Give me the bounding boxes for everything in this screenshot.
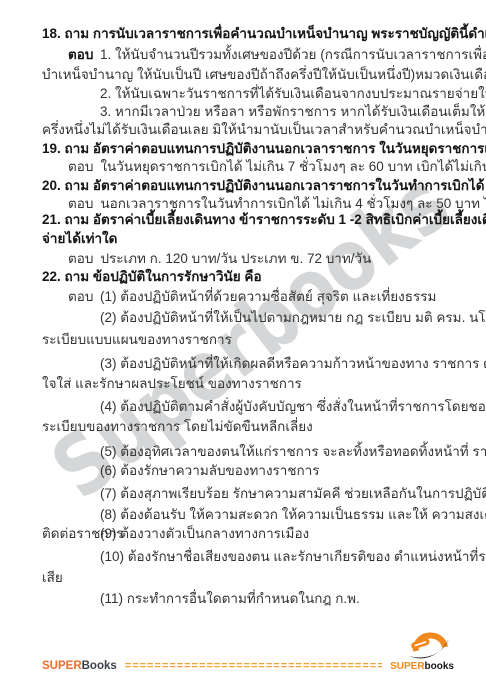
answer-line: (3) ต้องปฏิบัติหน้าที่ให้เกิดผลดีหรือควา… (100, 354, 486, 373)
answer-label: ตอบ (68, 159, 93, 174)
answer-line: (11) กระทำการอื่นใดตามที่กำหนดในกฎ ก.พ. (100, 589, 360, 608)
answer-line: ระเบียบแบบแผนของทางราชการ (42, 330, 232, 349)
hanging-word: ติดต่อราชการ (42, 524, 100, 543)
answer-line: (6) ต้องรักษาความลับของทางราชการ (100, 461, 320, 480)
footer-brand-bar: SUPERBooks =============================… (42, 660, 454, 672)
document-page: Superbooks 18. ถาม การนับเวลาราชการเพื่อ… (0, 0, 486, 692)
answer-line: ครึ่งหนึ่งไม่ได้รับเงินเดือนเลย มิให้นำม… (42, 120, 486, 139)
answer-line: ตอบ1. ให้นับจำนวนปีรวมทั้งเศษของปีด้วย (… (68, 45, 486, 64)
answer-label: ตอบ (68, 196, 93, 211)
answer-line: ใจใส่ และรักษาผลประโยชน์ ของทางราชการ (42, 374, 302, 393)
footer-divider: ========================================… (125, 660, 382, 672)
footer-brand-left: SUPERBooks (42, 660, 117, 672)
superbooks-swoosh-icon (406, 626, 452, 662)
answer-line: (7) ต้องสุภาพเรียบร้อย รักษาความสามัคคี … (100, 484, 486, 503)
question-line: 18. ถาม การนับเวลาราชการเพื่อคำนวณบำเหน็… (42, 24, 486, 43)
answer-line: 2. ให้นับเฉพาะวันราชการที่ได้รับเงินเดือ… (100, 84, 486, 103)
answer-line: ติดต่อราชการ(9) ต้องวางตัวเป็นกลางทางการ… (42, 524, 309, 543)
answer-line: (8) ต้องต้อนรับ ให้ความสะดวก ให้ความเป็น… (100, 505, 486, 524)
question-line: 22. ถาม ข้อปฏิบัติในการรักษาวินัย คือ (42, 267, 262, 286)
question-line: 19. ถาม อัตราค่าตอบแทนการปฏิบัติงานนอกเว… (42, 139, 486, 158)
answer-line: ตอบ(1) ต้องปฏิบัติหน้าที่ด้วยความซื่อสัต… (68, 287, 436, 306)
question-line: จ่ายได้เท่าใด (42, 229, 117, 248)
answer-line: เสีย (42, 568, 63, 587)
answer-label: ตอบ (68, 287, 100, 306)
answer-line: ระเบียบของทางราชการ โดยไม่ขัดขืนหลีกเลี่… (42, 417, 313, 436)
answer-line: (10) ต้องรักษาชื่อเสียงของตน และรักษาเกี… (100, 547, 486, 566)
answer-label: ตอบ (68, 45, 100, 64)
answer-line: ตอบในวันหยุดราชการเบิกได้ ไม่เกิน 7 ชั่ว… (68, 157, 486, 176)
answer-label: ตอบ (68, 251, 93, 266)
answer-line: บำเหน็จบำนาญ ให้นับเป็นปี เศษของปีถ้าถึง… (42, 65, 486, 84)
answer-line: ตอบประเภท ก. 120 บาท/วัน ประเภท ข. 72 บา… (68, 249, 371, 268)
answer-line: (4) ต้องปฏิบัติตามคำสั่งผู้บังคับบัญชา ซ… (100, 397, 486, 416)
question-line: 21. ถาม อัตราค่าเบี้ยเลี้ยงเดินทาง ข้ารา… (42, 210, 486, 229)
answer-line: 3. หากมีเวลาป่วย หรือลา หรือพักราชการ หา… (100, 102, 486, 121)
answer-line: (2) ต้องปฏิบัติหน้าที่ให้เป็นไปตามกฎหมาย… (100, 308, 486, 327)
question-line: 20. ถาม อัตราค่าตอบแทนการปฏิบัติงานนอกเว… (42, 176, 486, 195)
footer-brand-right: SUPERbooks (390, 660, 454, 672)
answer-line: (5) ต้องอุทิศเวลาของตนให้แก่ราชการ จะละท… (100, 442, 486, 461)
